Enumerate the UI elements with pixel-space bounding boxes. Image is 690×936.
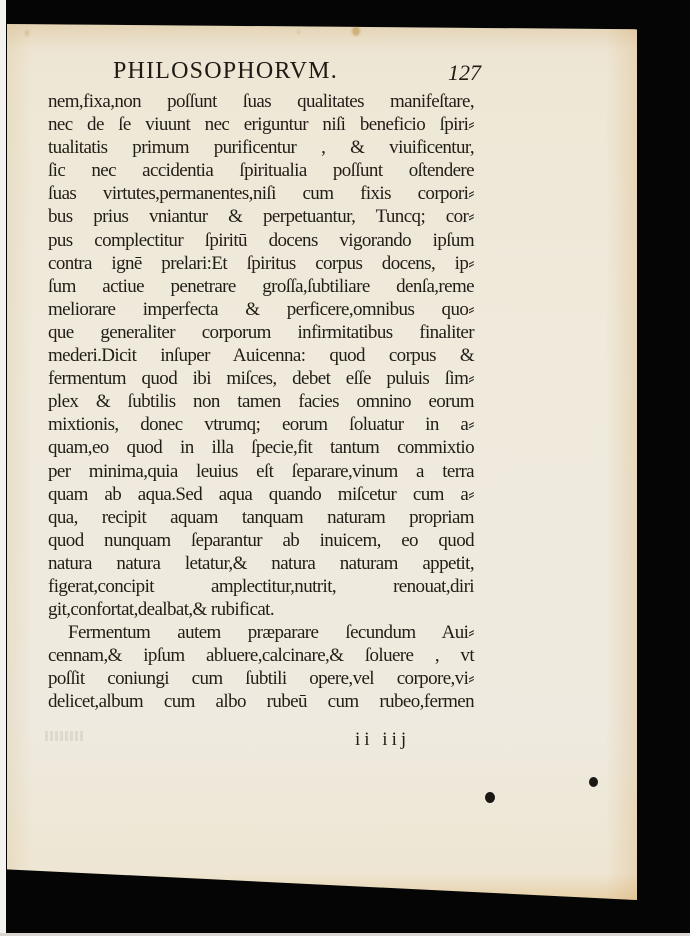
text-line: ſuas virtutes,permanentes,niſi cum fixis… [48,182,474,205]
text-line: pus complectitur ſpiritū docens vigorand… [48,229,474,252]
text-line: delicet,album cum albo rubeū cum rubeo,f… [48,690,474,713]
ink-dot [485,792,495,803]
text-line: meliorare imperfecta & perficere,omnibus… [48,298,474,321]
ink-dot [589,777,598,787]
text-line-paragraph-start: Fermentum autem præparare ſecundum Aui⸗ [48,621,474,644]
text-line: contra ignē prelari:Et ſpiritus corpus d… [48,252,474,275]
paper-stain [297,30,300,34]
book-page: PHILOSOPHORVM. 127 nem,fixa,non poſſunt … [7,24,637,900]
page-header: PHILOSOPHORVM. 127 [113,58,493,88]
text-line-paragraph-end: git,confortat,dealbat,& rubificat. [48,598,474,621]
text-line: nec de ſe viuunt nec eriguntur niſi bene… [48,113,474,136]
text-line: bus prius vniantur & perpetuantur, Tuncq… [48,205,474,228]
body-text: nem,fixa,non poſſunt ſuas qualitates man… [48,90,474,714]
text-line: quod nunquam ſeparantur ab inuicem, eo q… [48,529,474,552]
text-line: figerat,concipit amplectitur,nutrit, ren… [48,575,474,598]
text-line: mederi.Dicit inſuper Auicenna: quod corp… [48,344,474,367]
text-line: ſum actiue penetrare groſſa,ſubtiliare d… [48,275,474,298]
text-line: plex & ſubtilis non tamen facies omnino … [48,390,474,413]
running-title: PHILOSOPHORVM. [113,58,338,85]
scan-left-edge [0,0,6,936]
ink-offset-mark [45,731,85,741]
text-line: ſic nec accidentia ſpiritualia poſſunt o… [48,159,474,182]
text-line: qua, recipit aquam tanquam naturam propr… [48,506,474,529]
text-line: nem,fixa,non poſſunt ſuas qualitates man… [48,90,474,113]
text-line: tualitatis primum purificentur , & viuif… [48,136,474,159]
paper-stain [352,26,360,36]
text-line: mixtionis, donec vtrumq; eorum ſoluatur … [48,413,474,436]
text-line: per minima,quia leuius eſt ſeparare,vinu… [48,460,474,483]
text-line: cennam,& ipſum abluere,calcinare,& ſolue… [48,644,474,667]
paper-stain [25,30,29,36]
signature-mark: ii iij [355,729,410,751]
text-line: quam ab aqua.Sed aqua quando miſcetur cu… [48,483,474,506]
text-line: quam,eo quod in illa ſpecie,fit tantum c… [48,436,474,459]
text-line: que generaliter corporum infirmitatibus … [48,321,474,344]
text-line: fermentum quod ibi miſces, debet eſſe pu… [48,367,474,390]
text-line: poſſit coniungi cum ſubtili opere,vel co… [48,667,474,690]
text-line: natura natura letatur,& natura naturam a… [48,552,474,575]
page-number: 127 [448,60,481,86]
